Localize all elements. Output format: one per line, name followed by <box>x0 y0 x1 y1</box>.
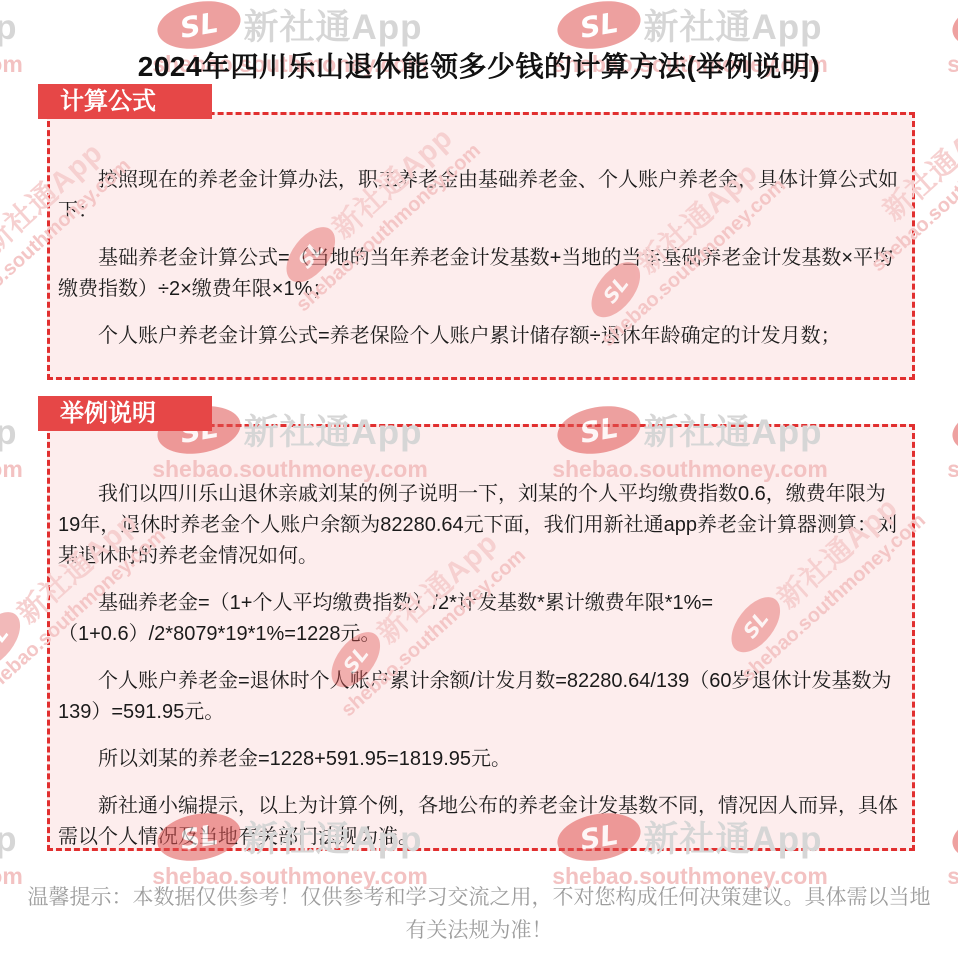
watermark-url: shebao.southmoney.com <box>0 456 40 483</box>
watermark: SL新社通App shebao.southmoney.com <box>0 405 40 483</box>
section-label-formula: 计算公式 <box>38 84 212 119</box>
formula-box: 按照现在的养老金计算办法，职工养老金由基础养老金、个人账户养老金，具体计算公式如… <box>47 112 915 380</box>
xinshetong-logo-icon: SL <box>0 603 29 676</box>
example-paragraph: 我们以四川乐山退休亲戚刘某的例子说明一下，刘某的个人平均缴费指数0.6，缴费年限… <box>58 479 898 572</box>
example-paragraph: 个人账户养老金=退休时个人账户累计余额/计发月数=82280.64/139（60… <box>58 666 898 728</box>
section-label-example: 举例说明 <box>38 396 212 431</box>
watermark-brand: 新社通App <box>0 0 18 50</box>
example-paragraph: 所以刘某的养老金=1228+591.95=1819.95元。 <box>58 744 898 775</box>
watermark: SL新社通App shebao.southmoney.com <box>930 812 958 890</box>
watermark-brand: 新社通App <box>643 0 822 50</box>
example-paragraph: 新社通小编提示，以上为计算个例，各地公布的养老金计发基数不同，情况因人而异，具体… <box>58 791 898 853</box>
xinshetong-logo-icon: SL <box>949 400 958 460</box>
formula-paragraph: 按照现在的养老金计算办法，职工养老金由基础养老金、个人账户养老金，具体计算公式如… <box>58 165 898 227</box>
example-paragraph: 基础养老金=（1+个人平均缴费指数）/2*计发基数*累计缴费年限*1%=（1+0… <box>58 588 898 650</box>
watermark-brand: 新社通App <box>0 405 18 455</box>
example-box: 我们以四川乐山退休亲戚刘某的例子说明一下，刘某的个人平均缴费指数0.6，缴费年限… <box>47 424 915 851</box>
watermark-brand: 新社通App <box>243 0 422 50</box>
watermark-brand: 新社通App <box>0 812 18 862</box>
article-page: SL新社通App shebao.southmoney.com SL新社通App … <box>0 0 958 963</box>
page-title: 2024年四川乐山退休能领多少钱的计算方法(举例说明) <box>0 45 958 85</box>
watermark: SL新社通App shebao.southmoney.com <box>0 812 40 890</box>
disclaimer-note: 温馨提示：本数据仅供参考！仅供参考和学习交流之用，不对您构成任何决策建议。具体需… <box>24 882 934 947</box>
formula-paragraph: 个人账户养老金计算公式=养老保险个人账户累计储存额÷退休年龄确定的计发月数； <box>58 321 898 352</box>
watermark-url: shebao.southmoney.com <box>930 456 958 483</box>
watermark: SL新社通App shebao.southmoney.com <box>930 405 958 483</box>
formula-paragraph: 基础养老金计算公式=（当地的当年养老金计发基数+当地的当年基础养老金计发基数×平… <box>58 243 898 305</box>
xinshetong-logo-icon: SL <box>949 807 958 867</box>
watermark-url: shebao.southmoney.com <box>930 863 958 890</box>
